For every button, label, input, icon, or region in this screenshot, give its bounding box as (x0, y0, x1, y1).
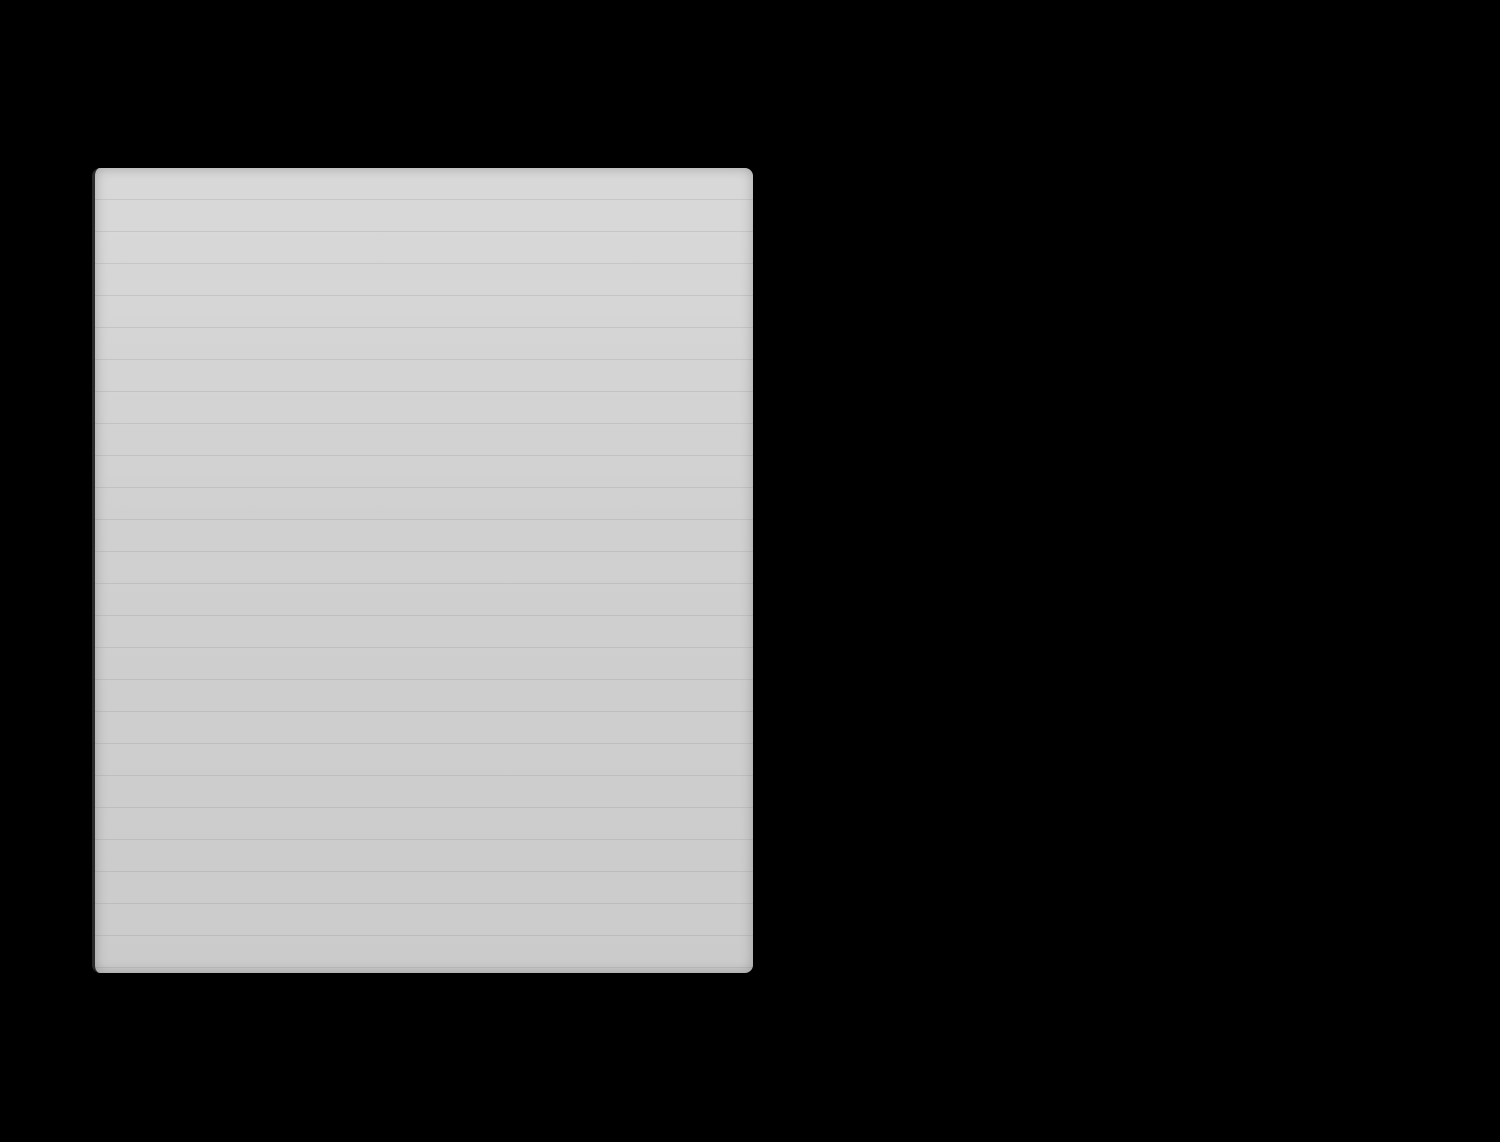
ruled-lines (95, 168, 753, 973)
left-page (92, 168, 753, 973)
book-spread (92, 168, 1412, 973)
